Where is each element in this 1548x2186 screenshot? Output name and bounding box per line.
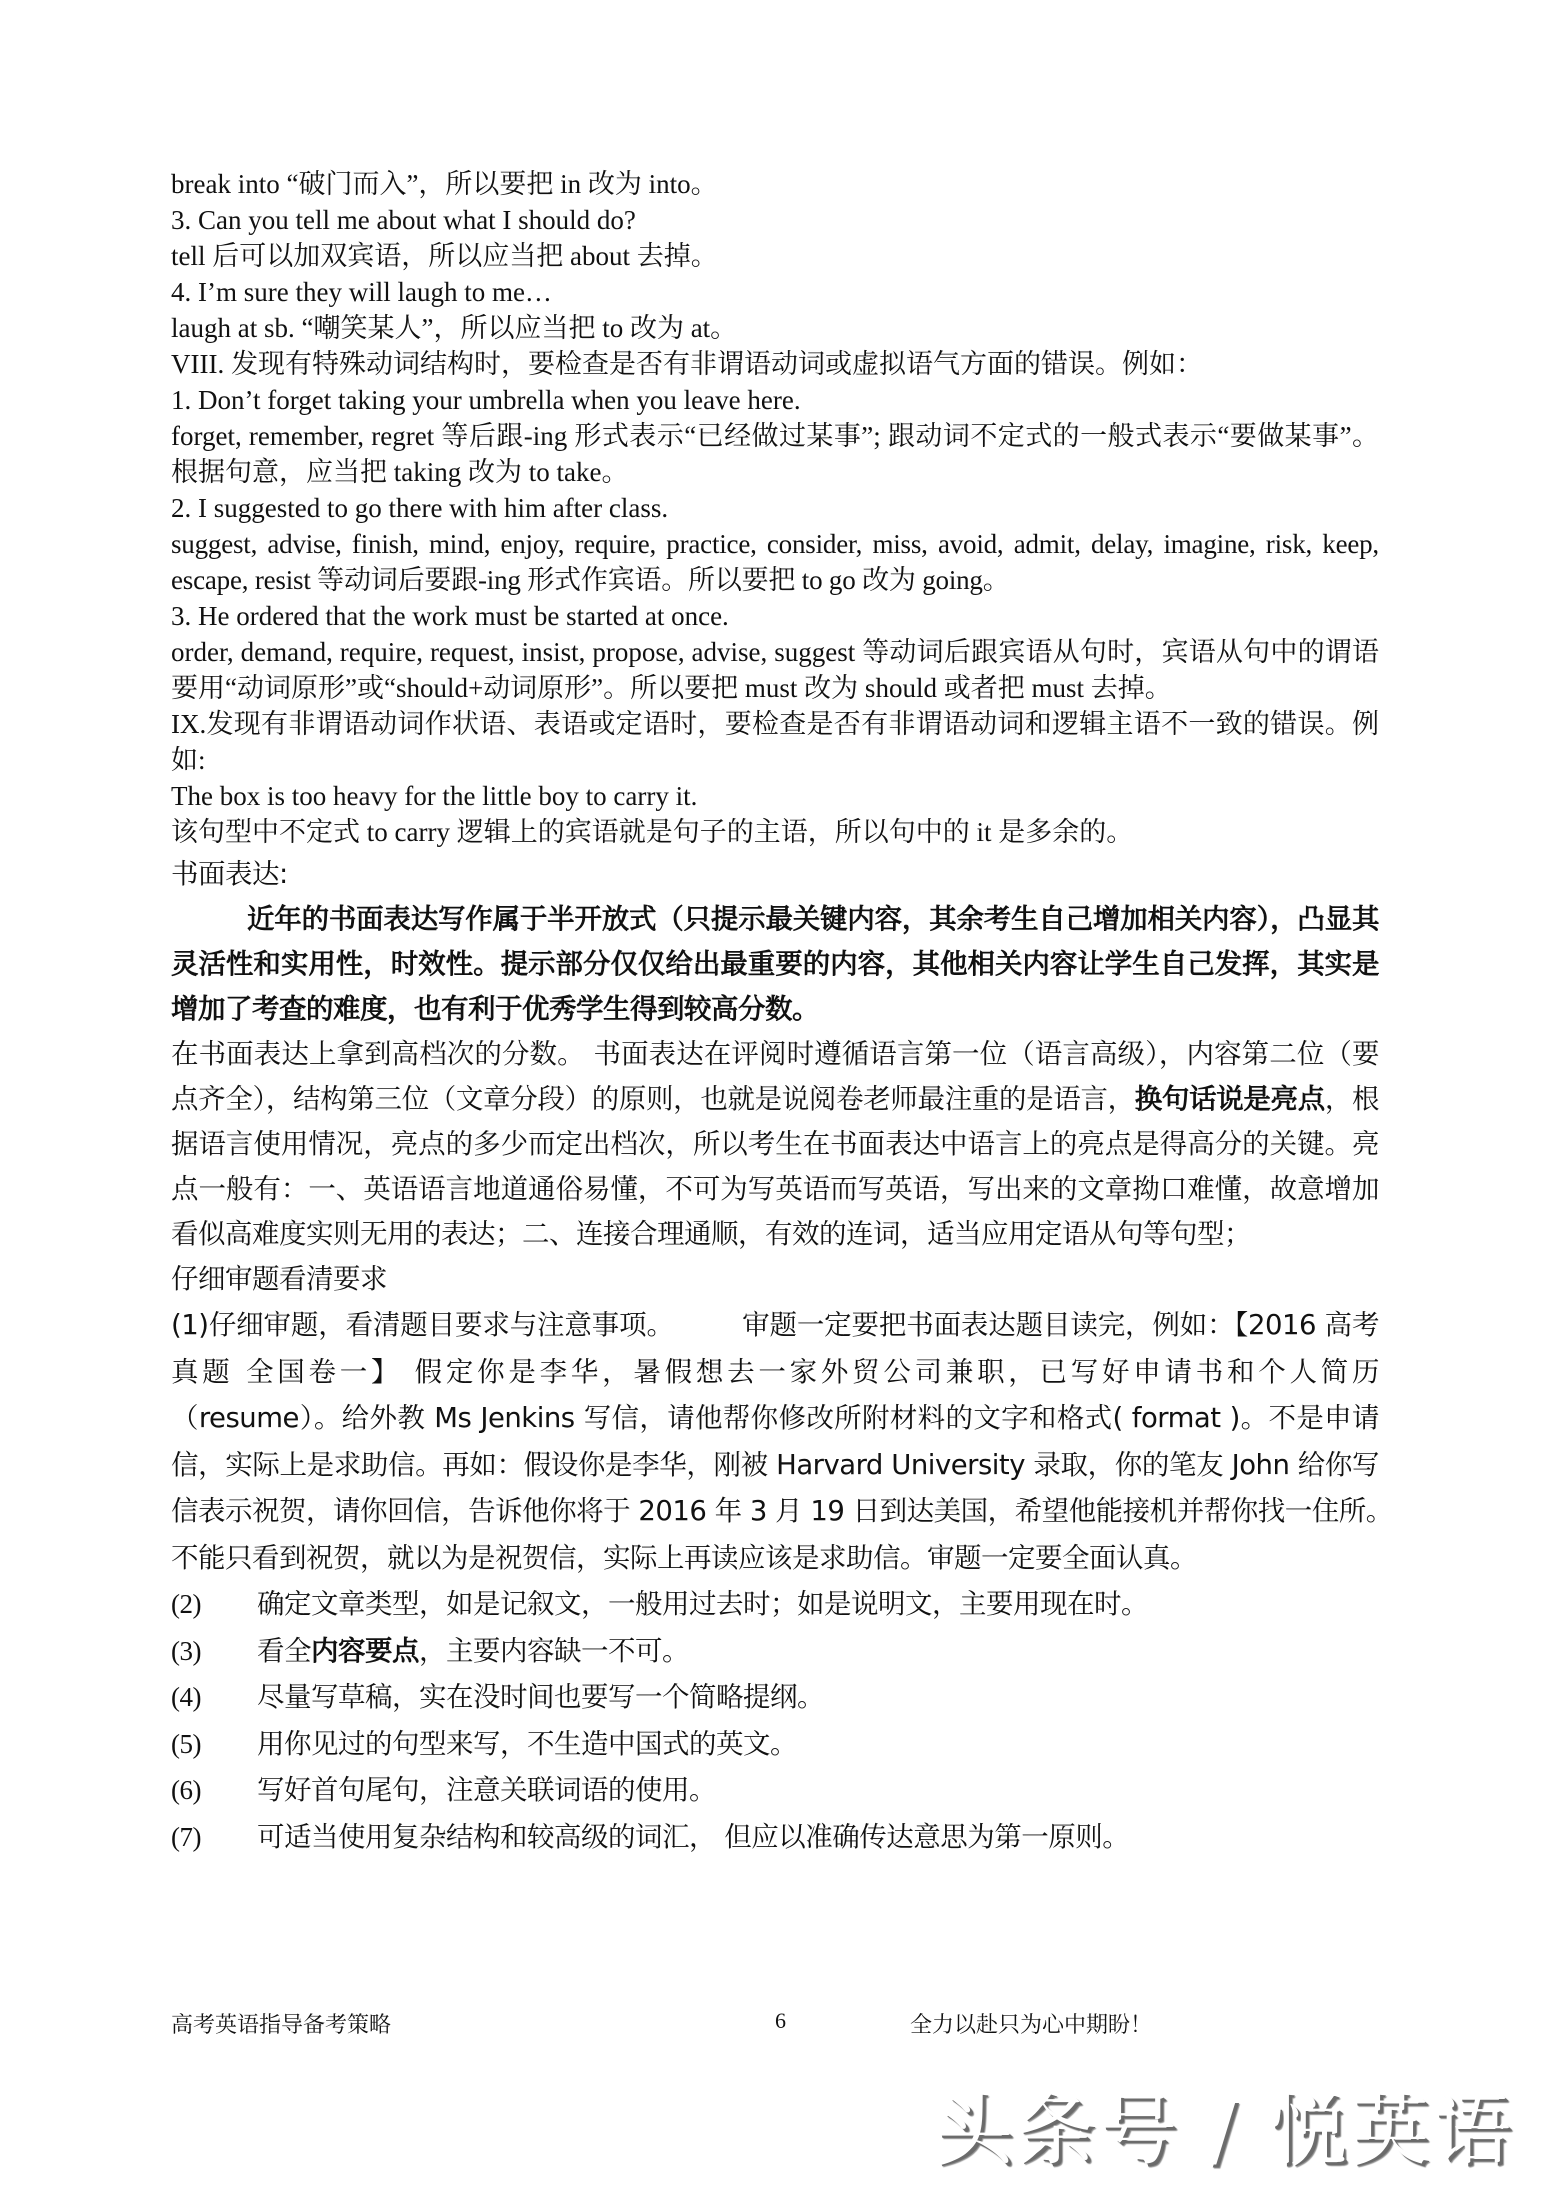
list-item-text: 可适当使用复杂结构和较高级的词汇， 但应以准确传达意思为第一原则。 xyxy=(257,1814,1129,1861)
example-sentence: 3. He ordered that the work must be star… xyxy=(171,598,1379,634)
list-item: (6)写好首句尾句，注意关联词语的使用。 xyxy=(171,1767,1379,1814)
explanation-paragraph: 该句型中不定式 to carry 逻辑上的宾语就是句子的主语，所以句中的 it … xyxy=(171,814,1379,850)
text-line: tell 后可以加双宾语，所以应当把 about 去掉。 xyxy=(171,238,1379,274)
footer-left-text: 高考英语指导备考策略 xyxy=(171,2008,391,2039)
bold-intro-paragraph: 近年的书面表达写作属于半开放式（只提示最关键内容，其余考生自己增加相关内容），凸… xyxy=(171,897,1379,1032)
list-item-number: (5) xyxy=(171,1721,257,1768)
scoring-paragraph: 在书面表达上拿到高档次的分数。 书面表达在评阅时遵循语言第一位（语言高级），内容… xyxy=(171,1032,1379,1257)
list-item-number: (4) xyxy=(171,1674,257,1721)
list-item-number: (3) xyxy=(171,1628,257,1675)
explanation-paragraph: suggest, advise, finish, mind, enjoy, re… xyxy=(171,526,1379,598)
list-item: (4)尽量写草稿，实在没时间也要写一个简略提纲。 xyxy=(171,1674,1379,1721)
footer-right-text: 全力以赴只为心中期盼！ xyxy=(910,2008,1152,2039)
list-item: (3)看全内容要点，主要内容缺一不可。 xyxy=(171,1628,1379,1675)
list-item-number: (6) xyxy=(171,1767,257,1814)
tips-list: (1)仔细审题，看清题目要求与注意事项。 审题一定要把书面表达题目读完，例如：【… xyxy=(171,1302,1379,1860)
list-item-text-post: ，主要内容缺一不可。 xyxy=(419,1635,689,1667)
section-heading-viii: VIII. 发现有特殊动词结构时，要检查是否有非谓语动词或虚拟语气方面的错误。例… xyxy=(171,346,1379,382)
list-item-text: 确定文章类型，如是记叙文，一般用过去时；如是说明文，主要用现在时。 xyxy=(257,1581,1148,1628)
watermark-text: 头条号 / 悦英语 xyxy=(935,2068,1515,2180)
example-sentence: 4. I’m sure they will laugh to me… xyxy=(171,274,1379,310)
text-line: laugh at sb. “嘲笑某人”，所以应当把 to 改为 at。 xyxy=(171,310,1379,346)
writing-section: 书面表达: 近年的书面表达写作属于半开放式（只提示最关键内容，其余考生自己增加相… xyxy=(171,852,1379,1302)
page-number: 6 xyxy=(775,2008,786,2034)
list-item-text: 看全内容要点，主要内容缺一不可。 xyxy=(257,1628,689,1675)
list-item-number: (2) xyxy=(171,1581,257,1628)
list-item-text: 用你见过的句型来写，不生造中国式的英文。 xyxy=(257,1721,797,1768)
list-item-number: (7) xyxy=(171,1814,257,1861)
list-item: (2)确定文章类型，如是记叙文，一般用过去时；如是说明文，主要用现在时。 xyxy=(171,1581,1379,1628)
list-item-text: 尽量写草稿，实在没时间也要写一个简略提纲。 xyxy=(257,1674,824,1721)
subheading: 仔细审题看清要求 xyxy=(171,1257,1379,1302)
list-item: (7)可适当使用复杂结构和较高级的词汇， 但应以准确传达意思为第一原则。 xyxy=(171,1814,1379,1861)
explanation-paragraph: order, demand, require, request, insist,… xyxy=(171,634,1379,706)
list-item-text: 写好首句尾句，注意关联词语的使用。 xyxy=(257,1767,716,1814)
document-page: break into “破门而入”，所以要把 in 改为 into。 3. Ca… xyxy=(171,166,1379,1860)
example-sentence: 1. Don’t forget taking your umbrella whe… xyxy=(171,382,1379,418)
example-sentence: 3. Can you tell me about what I should d… xyxy=(171,202,1379,238)
explanation-paragraph: forget, remember, regret 等后跟-ing 形式表示“已经… xyxy=(171,418,1379,490)
section-heading-ix: IX.发现有非谓语动词作状语、表语或定语时，要检查是否有非谓语动词和逻辑主语不一… xyxy=(171,706,1379,778)
page-footer: 高考英语指导备考策略 6 全力以赴只为心中期盼！ xyxy=(171,2008,1379,2042)
section-heading-writing: 书面表达: xyxy=(171,852,1379,897)
list-item-text: 仔细审题，看清题目要求与注意事项。 审题一定要把书面表达题目读完，例如：【201… xyxy=(171,1309,1406,1574)
list-item: (5)用你见过的句型来写，不生造中国式的英文。 xyxy=(171,1721,1379,1768)
list-item-text-bold: 内容要点 xyxy=(311,1635,419,1667)
example-sentence: The box is too heavy for the little boy … xyxy=(171,778,1379,814)
example-sentence: 2. I suggested to go there with him afte… xyxy=(171,490,1379,526)
list-item-number: (1) xyxy=(171,1302,208,1349)
error-correction-section: break into “破门而入”，所以要把 in 改为 into。 3. Ca… xyxy=(171,166,1379,850)
list-item: (1)仔细审题，看清题目要求与注意事项。 审题一定要把书面表达题目读完，例如：【… xyxy=(171,1302,1379,1581)
text-line: break into “破门而入”，所以要把 in 改为 into。 xyxy=(171,166,1379,202)
highlight-text: 换句话说是亮点 xyxy=(1135,1083,1325,1115)
list-item-text-pre: 看全 xyxy=(257,1635,311,1667)
